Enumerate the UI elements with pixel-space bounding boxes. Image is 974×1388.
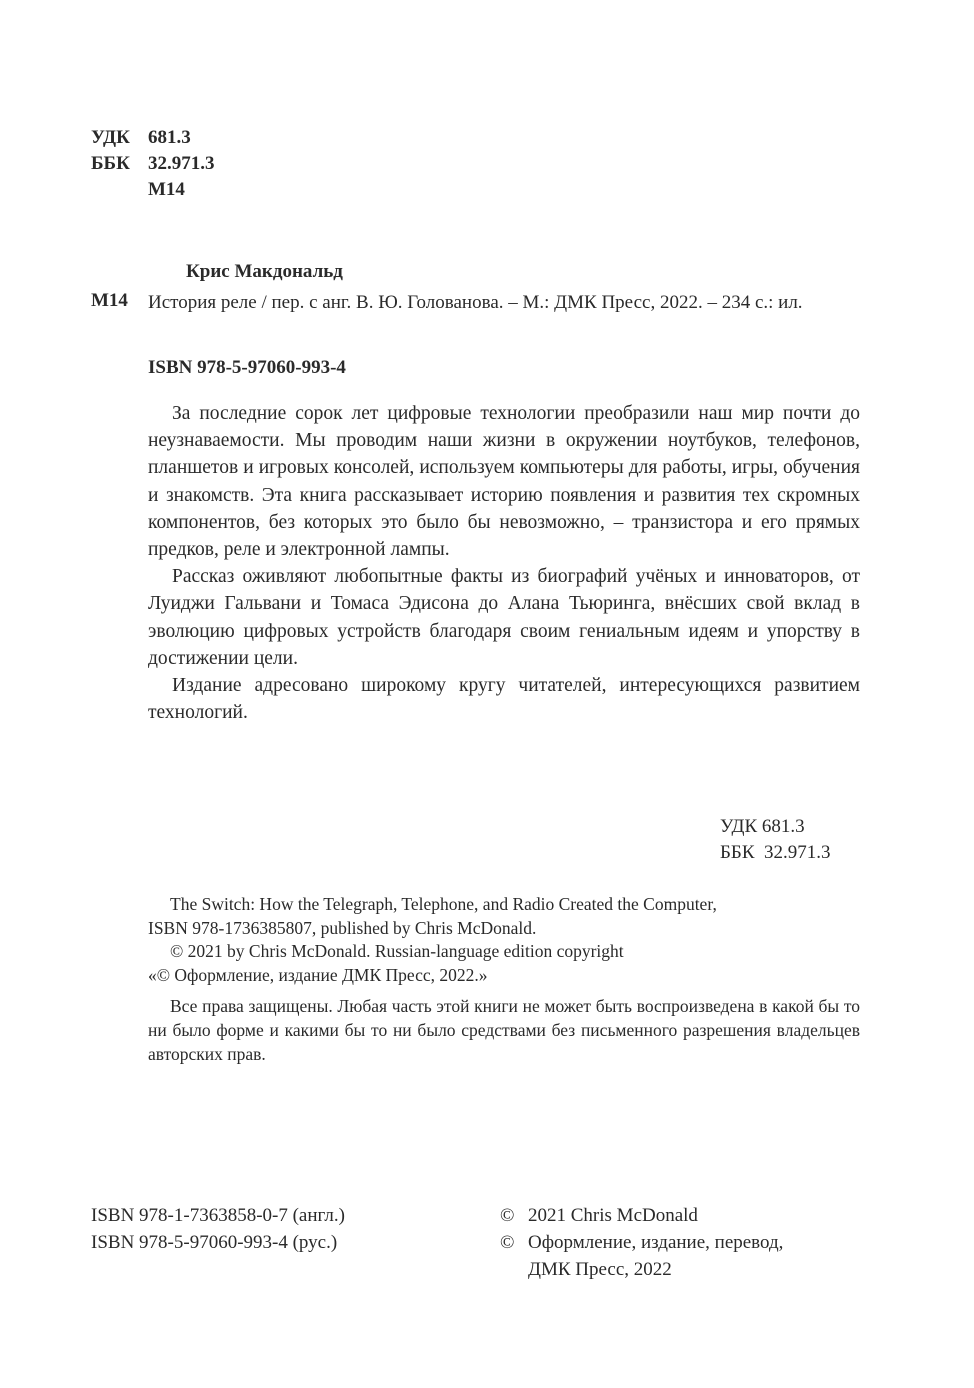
orig-line-4: «© Оформление, издание ДМК Пресс, 2022.» [148, 964, 860, 988]
bbk-repeat: ББК 32.971.3 [720, 840, 831, 866]
orig-line-2: ISBN 978-1736385807, published by Chris … [148, 917, 860, 941]
classification-block: УДК681.3 ББК32.971.3 М14 [91, 125, 215, 203]
author-mark: М14 [148, 177, 185, 203]
annotation: За последние сорок лет цифровые технолог… [148, 400, 860, 726]
copyright-icon: © [500, 1229, 528, 1256]
orig-line-1: The Switch: How the Telegraph, Telephone… [148, 893, 860, 917]
udk-repeat: УДК 681.3 [720, 814, 831, 840]
copyright-icon: © [500, 1202, 528, 1229]
record-author-mark: М14 [91, 290, 128, 312]
annotation-paragraph: За последние сорок лет цифровые технолог… [148, 400, 860, 563]
annotation-paragraph: Рассказ оживляют любопытные факты из био… [148, 563, 860, 672]
annotation-paragraph: Издание адресовано широкому кругу читате… [148, 672, 860, 726]
orig-line-3: © 2021 by Chris McDonald. Russian-langua… [148, 940, 860, 964]
bbk-value: 32.971.3 [148, 151, 215, 177]
rights-text: Все права защищены. Любая часть этой кни… [148, 994, 860, 1066]
isbn-english: ISBN 978-1-7363858-0-7 (англ.) [91, 1202, 345, 1229]
copyright-original: 2021 Chris McDonald [528, 1202, 698, 1229]
bibliographic-description: История реле / пер. с анг. В. Ю. Голован… [148, 290, 864, 316]
copyright-edition: Оформление, издание, перевод, [528, 1229, 783, 1256]
rights-notice: Все права защищены. Любая часть этой кни… [148, 994, 860, 1066]
author-name: Крис Макдональд [186, 261, 343, 283]
classification-repeat: УДК 681.3 ББК 32.971.3 [720, 814, 831, 866]
original-edition-notice: The Switch: How the Telegraph, Telephone… [148, 893, 860, 987]
udk-label: УДК [91, 125, 148, 151]
copyright-publisher: ДМК Пресс, 2022 [528, 1256, 672, 1283]
footer-copyrights: ©2021 Chris McDonald ©Оформление, издани… [500, 1202, 783, 1283]
bbk-label: ББК [91, 151, 148, 177]
isbn-russian: ISBN 978-5-97060-993-4 (рус.) [91, 1229, 345, 1256]
udk-value: 681.3 [148, 125, 191, 151]
footer-isbns: ISBN 978-1-7363858-0-7 (англ.) ISBN 978-… [91, 1202, 345, 1256]
isbn-main: ISBN 978-5-97060-993-4 [148, 357, 346, 379]
